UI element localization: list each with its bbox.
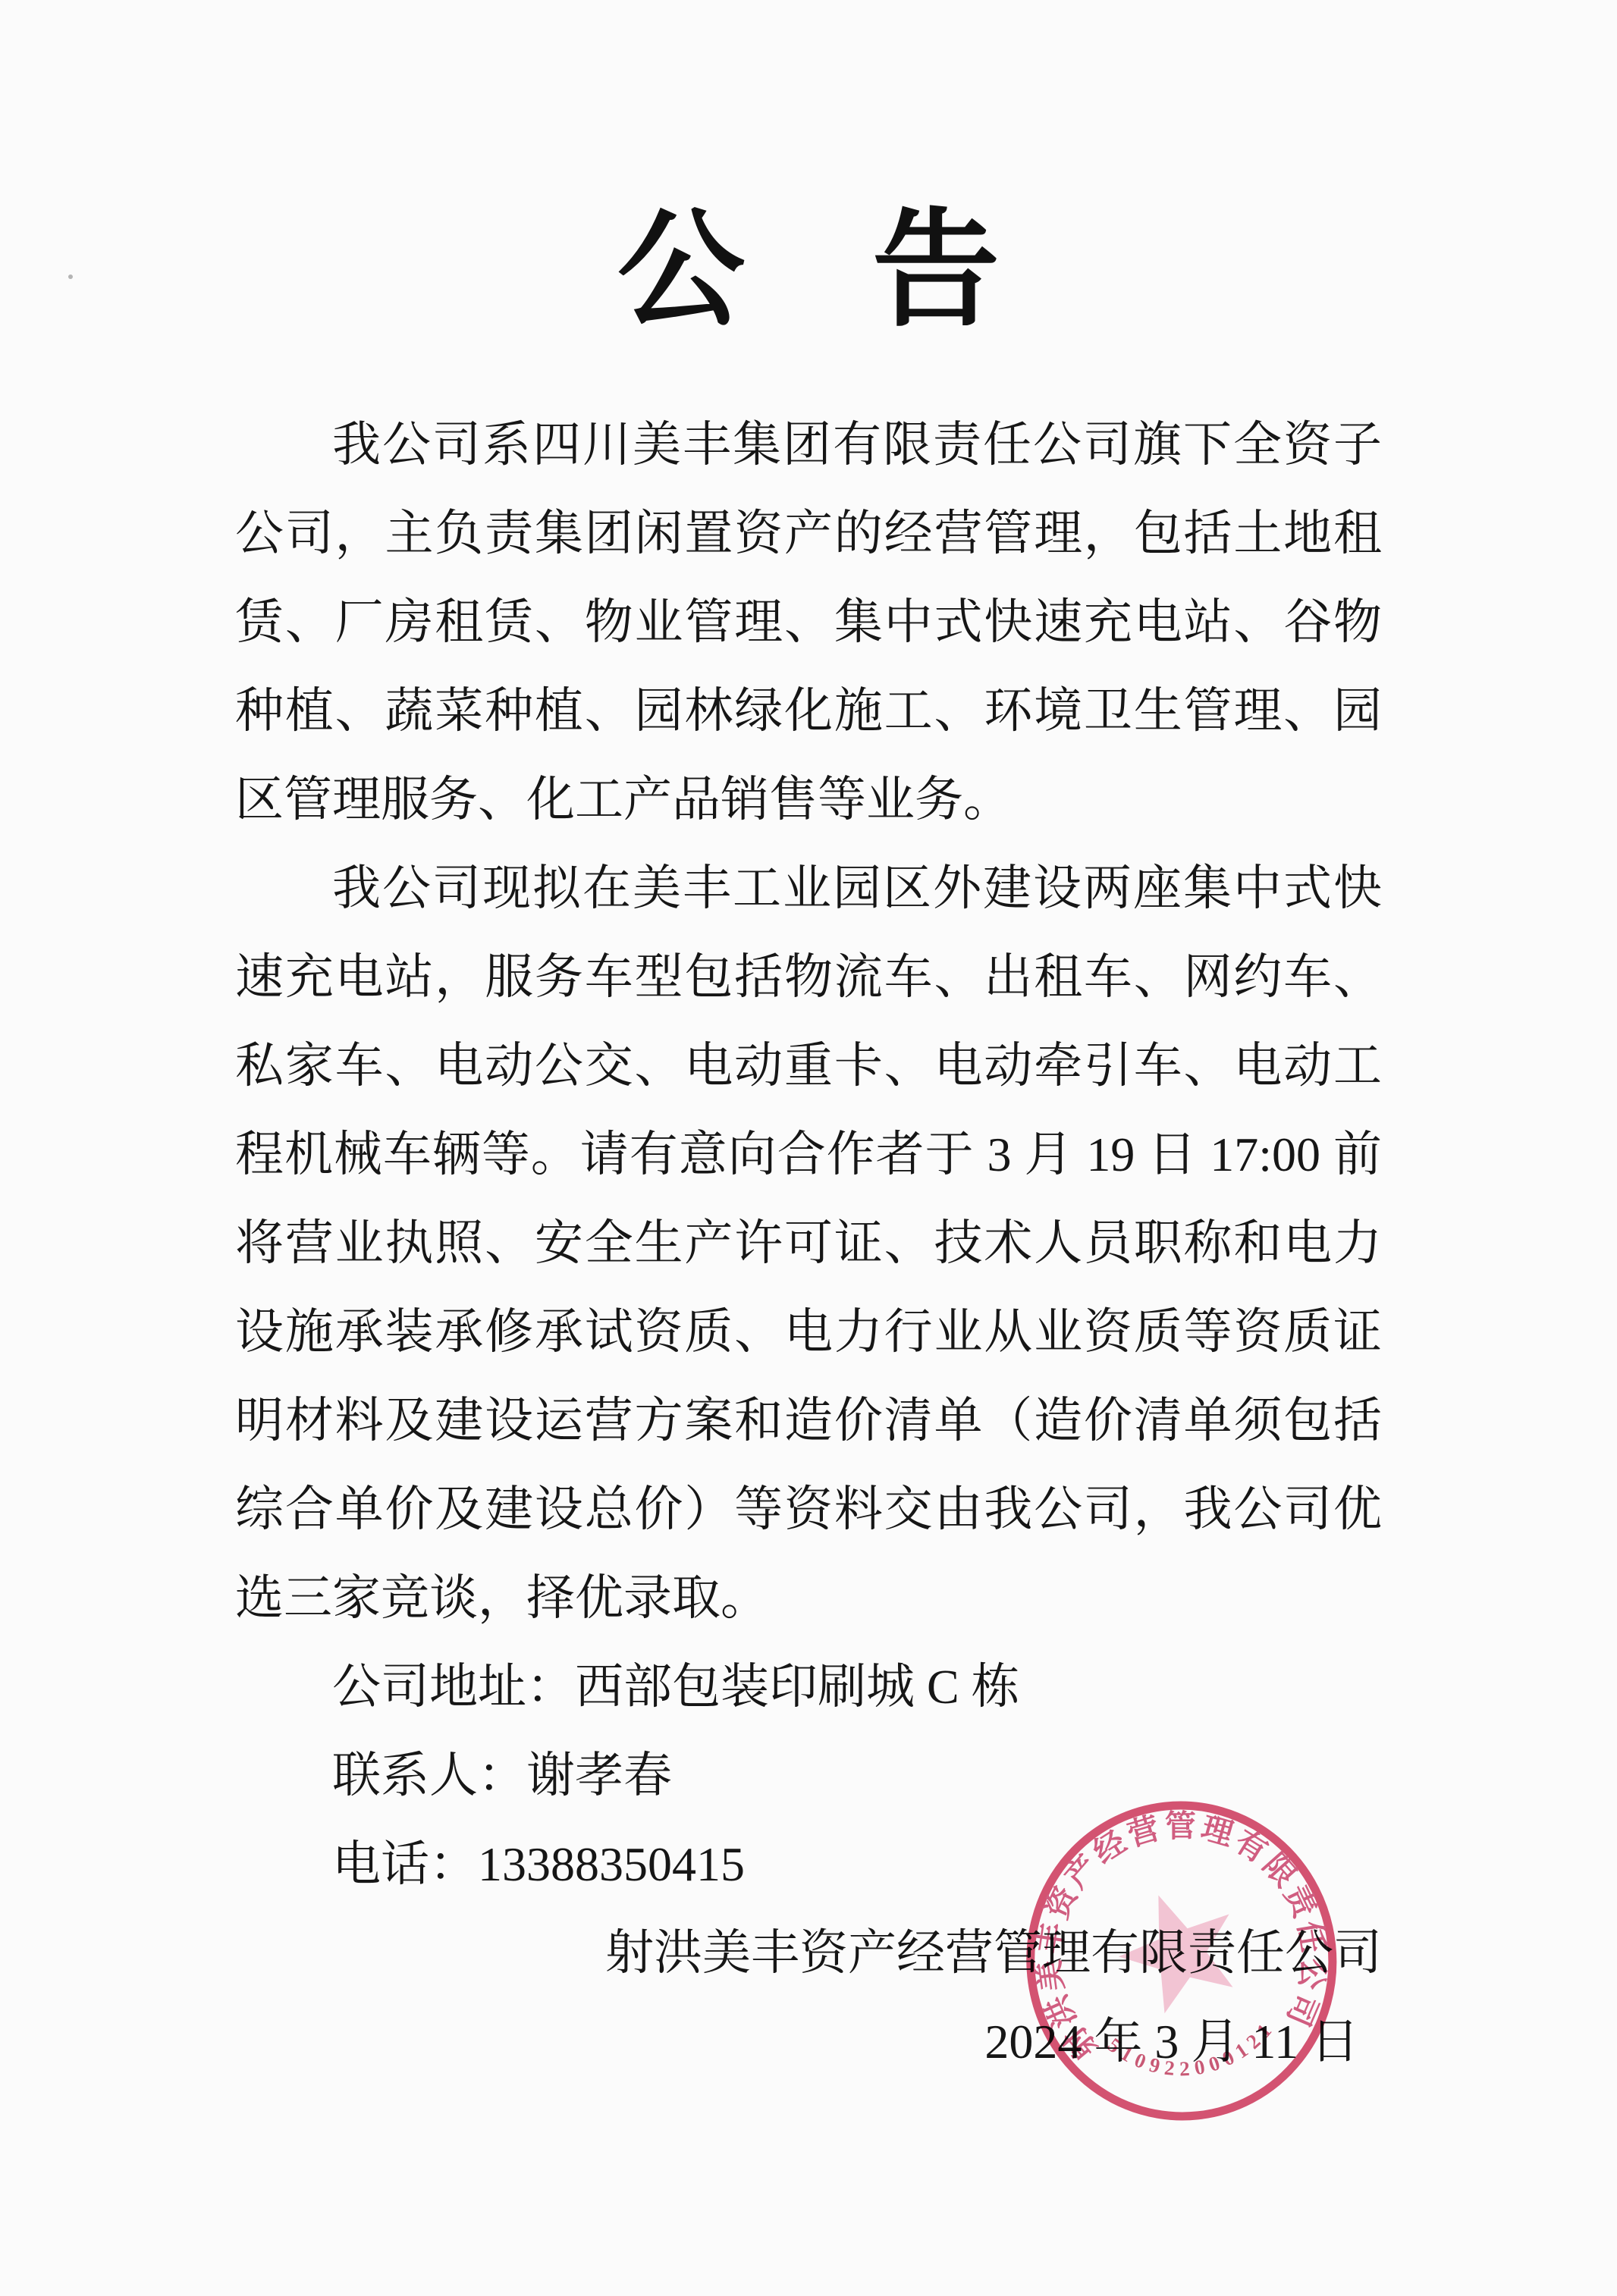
body-line: 设施承装承修承试资质、电力行业从业资质等资质证 bbox=[235, 1288, 1382, 1376]
announcement-body: 我公司系四川美丰集团有限责任公司旗下全资子 公司，主负责集团闲置资产的经营管理，… bbox=[235, 400, 1382, 2086]
body-line: 综合单价及建设总价）等资料交由我公司，我公司优 bbox=[235, 1465, 1382, 1554]
page-title: 公 告 bbox=[0, 196, 1617, 349]
body-line: 赁、厂房租赁、物业管理、集中式快速充电站、谷物 bbox=[235, 578, 1382, 667]
body-line: 我公司现拟在美丰工业园区外建设两座集中式快 bbox=[235, 844, 1382, 933]
body-line: 公司，主负责集团闲置资产的经营管理，包括土地租 bbox=[235, 489, 1382, 578]
date-line: 2024 年 3 月 11 日 bbox=[235, 1997, 1382, 2086]
body-line: 程机械车辆等。请有意向合作者于 3 月 19 日 17:00 前 bbox=[235, 1110, 1382, 1199]
body-line: 种植、蔬菜种植、园林绿化施工、环境卫生管理、园 bbox=[235, 667, 1382, 755]
body-line: 私家车、电动公交、电动重卡、电动牵引车、电动工 bbox=[235, 1021, 1382, 1110]
body-line: 我公司系四川美丰集团有限责任公司旗下全资子 bbox=[235, 400, 1382, 489]
signature-line: 射洪美丰资产经营管理有限责任公司 bbox=[235, 1909, 1382, 1997]
body-line: 区管理服务、化工产品销售等业务。 bbox=[235, 755, 1382, 844]
phone-line: 电话：13388350415 bbox=[235, 1820, 1382, 1909]
company-address-line: 公司地址：西部包装印刷城 C 栋 bbox=[235, 1642, 1382, 1731]
body-line: 速充电站，服务车型包括物流车、出租车、网约车、 bbox=[235, 933, 1382, 1021]
body-line: 将营业执照、安全生产许可证、技术人员职称和电力 bbox=[235, 1199, 1382, 1288]
body-line: 选三家竞谈，择优录取。 bbox=[235, 1554, 1382, 1642]
body-line: 明材料及建设运营方案和造价清单（造价清单须包括 bbox=[235, 1376, 1382, 1465]
contact-person-line: 联系人：谢孝春 bbox=[235, 1731, 1382, 1820]
announcement-page: 公 告 我公司系四川美丰集团有限责任公司旗下全资子 公司，主负责集团闲置资产的经… bbox=[0, 0, 1617, 2296]
